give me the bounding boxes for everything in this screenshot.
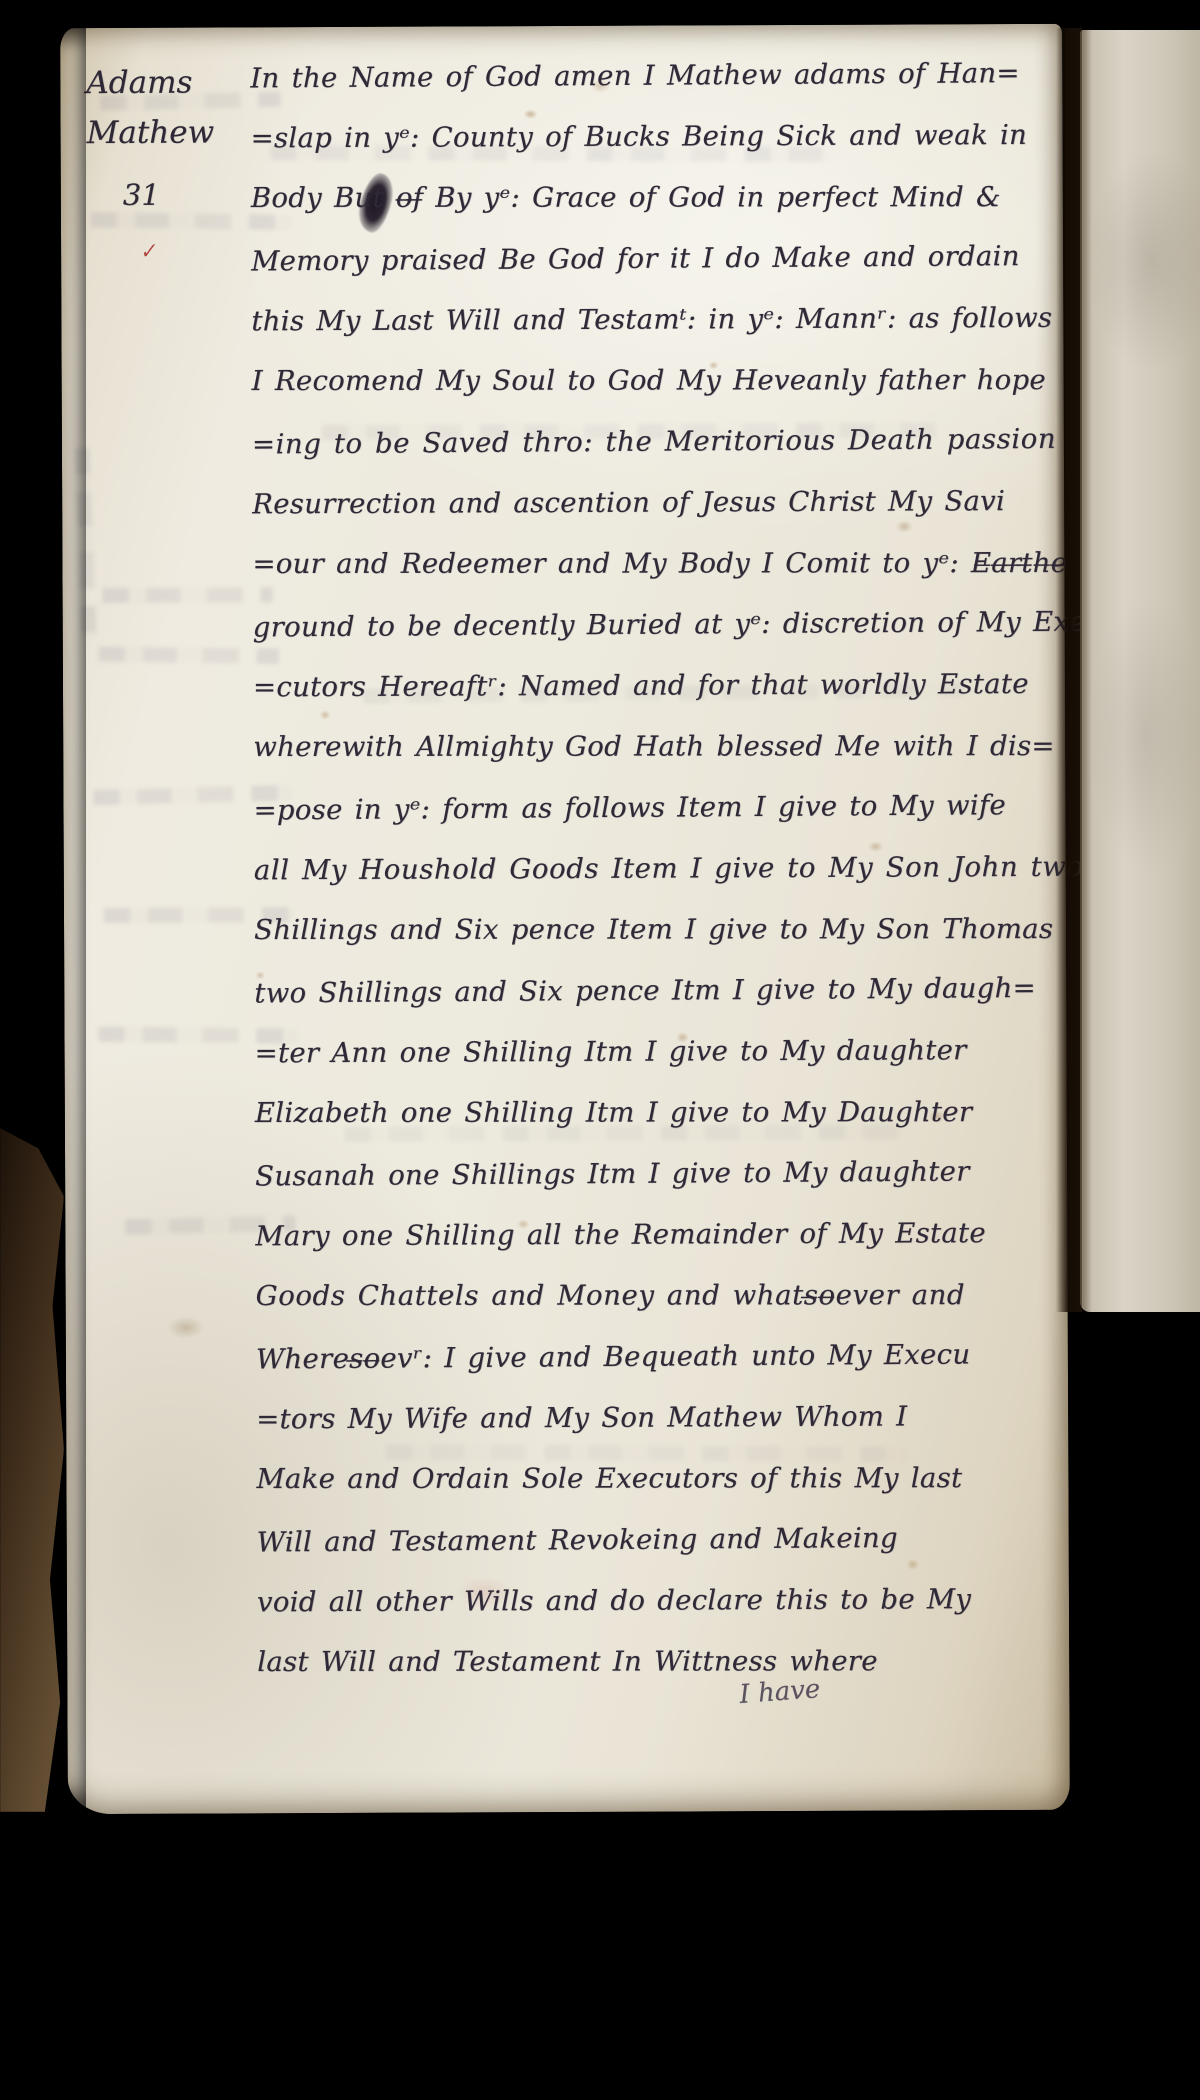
margin-entry-number: 31: [123, 170, 215, 220]
manuscript-line: =tors My Wife and My Son Mathew Whom I: [256, 1386, 1113, 1451]
manuscript-line: =pose in yᵉ: form as follows Item I give…: [253, 775, 1110, 842]
manuscript-line: Resurrection and ascention of Jesus Chri…: [252, 471, 1109, 536]
manuscript-line: =cutors Hereaftʳ: Named and for that wor…: [253, 654, 1110, 719]
manuscript-line: Susanah one Shillings Itm I give to My d…: [255, 1140, 1112, 1207]
manuscript-line: all My Houshold Goods Item I give to My …: [254, 837, 1111, 902]
manuscript-line: Body But o̶f̶ By yᵉ: Grace of God in per…: [251, 167, 1107, 229]
manuscript-line: Mary one Shilling all the Remainder of M…: [255, 1203, 1112, 1268]
manuscript-line: two Shillings and Six pence Itm I give t…: [254, 957, 1111, 1024]
facing-page-edge: [1080, 30, 1200, 1312]
manuscript-line: last Will and Testament In Wittness wher…: [257, 1631, 1113, 1693]
book-spine-leather: [0, 1128, 64, 1812]
manuscript-line: Will and Testament Revokeing and Makeing: [257, 1506, 1114, 1573]
red-checkmark: ✓: [136, 217, 218, 277]
manuscript-line: void all other Wills and do declare this…: [257, 1569, 1114, 1634]
manuscript-line: Memory praised Be God for it I do Make a…: [251, 226, 1108, 293]
bleedthrough-ghost-line: [103, 587, 273, 603]
manuscript-line: =ing to be Saved thro: the Meritorious D…: [252, 409, 1109, 476]
manuscript-line: =our and Redeemer and My Body I Comit to…: [252, 533, 1108, 595]
manuscript-line: In the Name of God amen I Mathew adams o…: [250, 43, 1107, 110]
manuscript-line: Wheres̶o̶evʳ: I give and Bequeath unto M…: [256, 1323, 1113, 1390]
catchword: I have: [738, 1674, 821, 1710]
gutter-crease: [1056, 28, 1082, 1312]
margin-index-note: Adams Mathew 31 ✓: [86, 58, 214, 273]
margin-forename: Mathew: [86, 108, 214, 159]
manuscript-line: wherewith Allmighty God Hath blessed Me …: [253, 716, 1109, 778]
manuscript-line: ground to be decently Buried at yᵉ: disc…: [253, 592, 1110, 659]
manuscript-page: Adams Mathew 31 ✓ In the Name of God ame…: [60, 24, 1070, 1814]
manuscript-line: Elizabeth one Shilling Itm I give to My …: [255, 1082, 1111, 1144]
manuscript-line: Shillings and Six pence Item I give to M…: [254, 899, 1110, 961]
manuscript-line: this My Last Will and Testamᵗ: in yᵉ: Ma…: [251, 288, 1108, 353]
margin-surname: Adams: [86, 58, 214, 109]
manuscript-text-block: In the Name of God amen I Mathew adams o…: [250, 44, 1114, 1695]
book-photograph: Adams Mathew 31 ✓ In the Name of God ame…: [0, 0, 1200, 2100]
manuscript-line: Goods Chattels and Money and whats̶o̶eve…: [256, 1265, 1112, 1327]
manuscript-line: =ter Ann one Shilling Itm I give to My d…: [254, 1020, 1111, 1085]
manuscript-line: I Recomend My Soul to God My Heveanly fa…: [252, 350, 1108, 412]
manuscript-line: Make and Ordain Sole Executors of this M…: [256, 1448, 1112, 1510]
manuscript-line: =slap in yᵉ: County of Bucks Being Sick …: [250, 105, 1107, 170]
